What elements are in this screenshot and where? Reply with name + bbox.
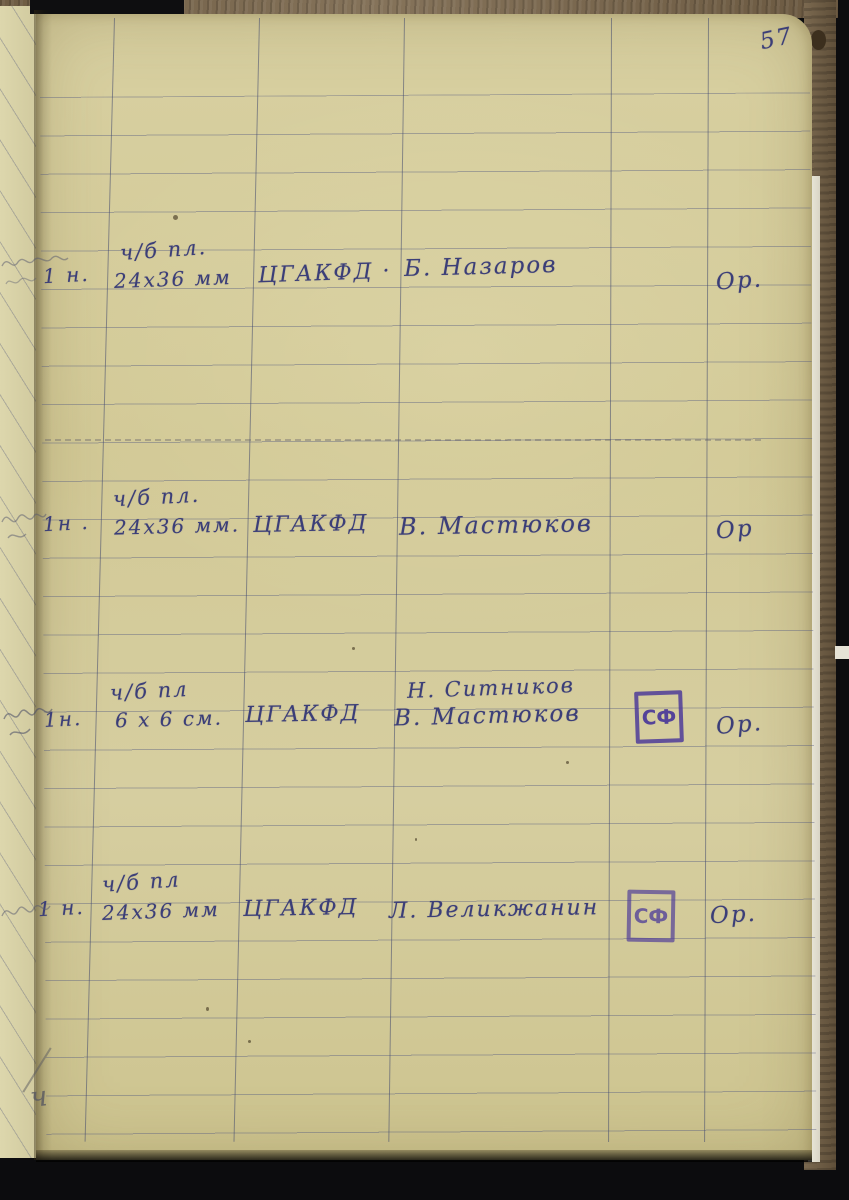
wood-knot bbox=[811, 30, 826, 50]
page-bottom-shadow bbox=[36, 1150, 812, 1162]
margin-scribble-pencil bbox=[0, 890, 70, 940]
entry3-quality-stamp: СФ bbox=[634, 690, 684, 744]
entry4-archive: ЦГАКФД bbox=[243, 895, 359, 922]
paper-speck bbox=[415, 838, 417, 841]
pencil-dashed-separator bbox=[45, 439, 761, 441]
entry3-frame-size: 6 х 6 см. bbox=[115, 706, 224, 733]
scan-gap bbox=[30, 0, 184, 14]
scanned-ledger-page: 57 ч/б пл. 1 н. 24х36 мм ЦГАКФД · Б. Наз… bbox=[0, 0, 849, 1200]
margin-scribble-pencil bbox=[0, 500, 60, 550]
paper-speck bbox=[566, 761, 569, 764]
entry2-frame-size: 24х36 мм. bbox=[114, 512, 241, 539]
margin-scribble-pencil bbox=[0, 695, 70, 745]
entry3-grade: Ор. bbox=[715, 710, 764, 740]
entry4-frame-size: 24х36 мм bbox=[102, 897, 220, 925]
entry4-quality-stamp: СФ bbox=[627, 890, 676, 943]
entry1-archive: ЦГАКФД · bbox=[258, 259, 392, 289]
entry2-archive: ЦГАКФД bbox=[253, 511, 369, 538]
paper-speck bbox=[206, 1007, 209, 1011]
paper-speck bbox=[173, 215, 178, 220]
white-edge-mark bbox=[835, 646, 849, 659]
paper-speck bbox=[352, 647, 355, 650]
entry4-grade: Ор. bbox=[709, 901, 757, 929]
entry2-author: В. Мастюков bbox=[399, 509, 593, 540]
entry1-author: Б. Назаров bbox=[404, 252, 558, 282]
entry2-grade: Ор bbox=[715, 515, 755, 544]
entry3-author-2: В. Мастюков bbox=[394, 701, 581, 732]
entry1-frame-size: 24х36 мм bbox=[114, 265, 232, 293]
margin-scribble-pencil bbox=[0, 250, 110, 296]
entry2-film-type: ч/б пл. bbox=[112, 483, 200, 512]
entry3-film-type: ч/б пл bbox=[109, 677, 189, 705]
bottom-pencil-mark: ч bbox=[28, 1079, 49, 1114]
entry3-archive: ЦГАКФД bbox=[245, 701, 361, 728]
entry4-author: Л. Великжанин bbox=[389, 895, 600, 924]
entry1-grade: Ор. bbox=[715, 266, 764, 295]
paper-speck bbox=[248, 1040, 251, 1043]
